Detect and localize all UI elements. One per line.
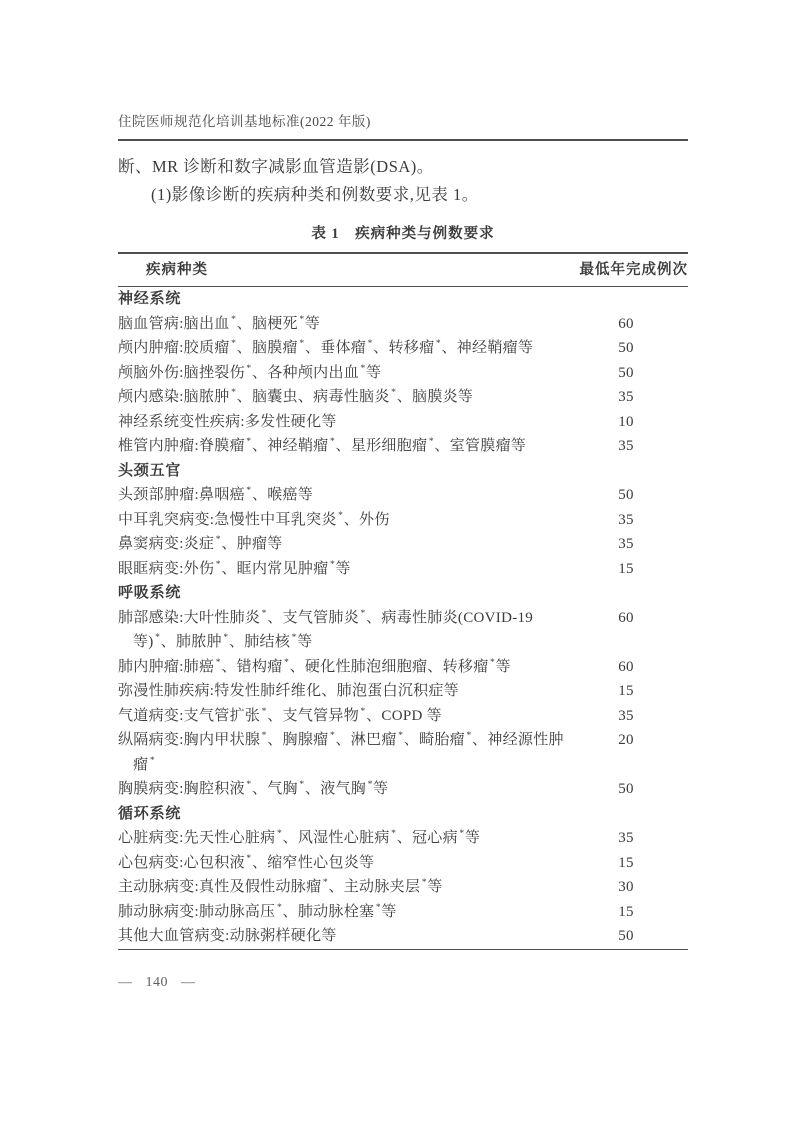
asterisk-marker: * [330, 560, 335, 570]
section-header-row: 呼吸系统 [118, 581, 688, 606]
asterisk-marker: * [246, 780, 251, 790]
min-annual-count: 50 [564, 336, 688, 361]
asterisk-marker: * [216, 658, 221, 668]
asterisk-marker: * [231, 388, 236, 398]
disease-row: 肺部感染:大叶性肺炎*、支气管肺炎*、病毒性肺炎(COVID-19 等)*、肺脓… [118, 606, 688, 655]
asterisk-marker: * [299, 780, 304, 790]
disease-row: 颅内肿瘤:胶质瘤*、脑膜瘤*、垂体瘤*、转移瘤*、神经鞘瘤等50 [118, 336, 688, 361]
disease-row: 肺内肿瘤:肺癌*、错构瘤*、硬化性肺泡细胞瘤、转移瘤*等60 [118, 655, 688, 680]
asterisk-marker: * [155, 633, 160, 643]
min-annual-count: 20 [564, 728, 688, 777]
asterisk-marker: * [391, 388, 396, 398]
footer-dash-right: — [181, 975, 196, 991]
disease-row: 神经系统变性疾病:多发性硬化等10 [118, 410, 688, 435]
asterisk-marker: * [246, 854, 251, 864]
min-annual-count: 60 [564, 606, 688, 655]
min-annual-count: 50 [564, 777, 688, 802]
asterisk-marker: * [231, 339, 236, 349]
disease-row: 气道病变:支气管扩张*、支气管异物*、COPD 等35 [118, 704, 688, 729]
disease-name: 颅脑外伤:脑挫裂伤*、各种颅内出血*等 [118, 361, 564, 386]
asterisk-marker: * [459, 829, 464, 839]
section-header-row: 循环系统 [118, 802, 688, 827]
running-head-text: 住院医师规范化培训基地标准(2022 年版) [118, 114, 371, 129]
min-annual-count: 15 [564, 557, 688, 582]
asterisk-marker: * [246, 486, 251, 496]
disease-name: 心包病变:心包积液*、缩窄性心包炎等 [118, 851, 564, 876]
disease-name: 肺内肿瘤:肺癌*、错构瘤*、硬化性肺泡细胞瘤、转移瘤*等 [118, 655, 564, 680]
disease-name: 鼻窦病变:炎症*、肿瘤等 [118, 532, 564, 557]
min-annual-count: 35 [564, 704, 688, 729]
asterisk-marker: * [284, 658, 289, 668]
column-header-disease: 疾病种类 [118, 253, 564, 287]
asterisk-marker: * [323, 878, 328, 888]
disease-name: 其他大血管病变:动脉粥样硬化等 [118, 924, 564, 949]
disease-name: 神经系统变性疾病:多发性硬化等 [118, 410, 564, 435]
page-footer: — 140 — [118, 975, 196, 991]
disease-name: 肺部感染:大叶性肺炎*、支气管肺炎*、病毒性肺炎(COVID-19 等)*、肺脓… [118, 606, 564, 655]
disease-row: 主动脉病变:真性及假性动脉瘤*、主动脉夹层*等30 [118, 875, 688, 900]
running-head: 住院医师规范化培训基地标准(2022 年版) [118, 112, 688, 141]
disease-name: 心脏病变:先天性心脏病*、风湿性心脏病*、冠心病*等 [118, 826, 564, 851]
disease-row: 脑血管病:脑出血*、脑梗死*等60 [118, 312, 688, 337]
disease-name: 颅内感染:脑脓肿*、脑囊虫、病毒性脑炎*、脑膜炎等 [118, 385, 564, 410]
disease-row: 头颈部肿瘤:鼻咽癌*、喉癌等50 [118, 483, 688, 508]
asterisk-marker: * [436, 339, 441, 349]
min-annual-count: 10 [564, 410, 688, 435]
min-annual-count: 50 [564, 361, 688, 386]
section-header-row: 头颈五官 [118, 459, 688, 484]
disease-row: 纵隔病变:胸内甲状腺*、胸腺瘤*、淋巴瘤*、畸胎瘤*、神经源性肿瘤*20 [118, 728, 688, 777]
min-annual-count: 30 [564, 875, 688, 900]
disease-row: 心包病变:心包积液*、缩窄性心包炎等15 [118, 851, 688, 876]
disease-name: 中耳乳突病变:急慢性中耳乳突炎*、外伤 [118, 508, 564, 533]
asterisk-marker: * [262, 707, 267, 717]
disease-row: 胸膜病变:胸腔积液*、气胸*、液气胸*等50 [118, 777, 688, 802]
disease-name: 纵隔病变:胸内甲状腺*、胸腺瘤*、淋巴瘤*、畸胎瘤*、神经源性肿瘤* [118, 728, 564, 777]
asterisk-marker: * [231, 315, 236, 325]
disease-row: 颅内感染:脑脓肿*、脑囊虫、病毒性脑炎*、脑膜炎等35 [118, 385, 688, 410]
min-annual-count: 50 [564, 924, 688, 949]
asterisk-marker: * [330, 437, 335, 447]
disease-name: 胸膜病变:胸腔积液*、气胸*、液气胸*等 [118, 777, 564, 802]
disease-row: 椎管内肿瘤:脊膜瘤*、神经鞘瘤*、星形细胞瘤*、室管膜瘤等35 [118, 434, 688, 459]
document-page: 住院医师规范化培训基地标准(2022 年版) 断、MR 诊断和数字减影血管造影(… [0, 0, 800, 1131]
min-annual-count: 60 [564, 655, 688, 680]
asterisk-marker: * [368, 780, 373, 790]
section-name: 神经系统 [118, 287, 688, 312]
asterisk-marker: * [361, 609, 366, 619]
column-header-count: 最低年完成例次 [564, 253, 688, 287]
disease-name: 弥漫性肺疾病:特发性肺纤维化、肺泡蛋白沉积症等 [118, 679, 564, 704]
disease-row: 颅脑外伤:脑挫裂伤*、各种颅内出血*等50 [118, 361, 688, 386]
asterisk-marker: * [246, 364, 251, 374]
min-annual-count: 60 [564, 312, 688, 337]
asterisk-marker: * [368, 339, 373, 349]
section-name: 循环系统 [118, 802, 688, 827]
body-paragraph-2: (1)影像诊断的疾病种类和例数要求,见表 1。 [118, 182, 688, 208]
min-annual-count: 35 [564, 434, 688, 459]
asterisk-marker: * [262, 731, 267, 741]
asterisk-marker: * [338, 511, 343, 521]
asterisk-marker: * [277, 903, 282, 913]
asterisk-marker: * [292, 633, 297, 643]
page-content: 住院医师规范化培训基地标准(2022 年版) 断、MR 诊断和数字减影血管造影(… [118, 0, 688, 950]
asterisk-marker: * [361, 364, 366, 374]
asterisk-marker: * [246, 437, 251, 447]
asterisk-marker: * [361, 707, 366, 717]
min-annual-count: 35 [564, 508, 688, 533]
disease-row: 肺动脉病变:肺动脉高压*、肺动脉栓塞*等15 [118, 900, 688, 925]
asterisk-marker: * [277, 829, 282, 839]
page-number: 140 [146, 975, 169, 991]
asterisk-marker: * [150, 756, 155, 766]
disease-row: 其他大血管病变:动脉粥样硬化等50 [118, 924, 688, 949]
min-annual-count: 35 [564, 826, 688, 851]
table-body: 神经系统脑血管病:脑出血*、脑梗死*等60颅内肿瘤:胶质瘤*、脑膜瘤*、垂体瘤*… [118, 287, 688, 950]
asterisk-marker: * [466, 731, 471, 741]
asterisk-marker: * [216, 560, 221, 570]
min-annual-count: 15 [564, 851, 688, 876]
min-annual-count: 35 [564, 532, 688, 557]
asterisk-marker: * [299, 315, 304, 325]
disease-name: 脑血管病:脑出血*、脑梗死*等 [118, 312, 564, 337]
table-header-row: 疾病种类 最低年完成例次 [118, 253, 688, 287]
disease-row: 心脏病变:先天性心脏病*、风湿性心脏病*、冠心病*等35 [118, 826, 688, 851]
asterisk-marker: * [376, 903, 381, 913]
asterisk-marker: * [422, 878, 427, 888]
disease-name: 颅内肿瘤:胶质瘤*、脑膜瘤*、垂体瘤*、转移瘤*、神经鞘瘤等 [118, 336, 564, 361]
min-annual-count: 35 [564, 385, 688, 410]
disease-row: 中耳乳突病变:急慢性中耳乳突炎*、外伤35 [118, 508, 688, 533]
asterisk-marker: * [223, 633, 228, 643]
disease-row: 鼻窦病变:炎症*、肿瘤等35 [118, 532, 688, 557]
section-name: 头颈五官 [118, 459, 688, 484]
min-annual-count: 15 [564, 900, 688, 925]
disease-name: 肺动脉病变:肺动脉高压*、肺动脉栓塞*等 [118, 900, 564, 925]
asterisk-marker: * [429, 437, 434, 447]
disease-name: 气道病变:支气管扩张*、支气管异物*、COPD 等 [118, 704, 564, 729]
section-header-row: 神经系统 [118, 287, 688, 312]
disease-name: 主动脉病变:真性及假性动脉瘤*、主动脉夹层*等 [118, 875, 564, 900]
disease-table: 疾病种类 最低年完成例次 神经系统脑血管病:脑出血*、脑梗死*等60颅内肿瘤:胶… [118, 252, 688, 950]
asterisk-marker: * [398, 731, 403, 741]
table-title: 表 1 疾病种类与例数要求 [118, 224, 688, 244]
footer-dash-left: — [118, 975, 133, 991]
asterisk-marker: * [391, 829, 396, 839]
disease-name: 眼眶病变:外伤*、眶内常见肿瘤*等 [118, 557, 564, 582]
body-paragraph-1: 断、MR 诊断和数字减影血管造影(DSA)。 [118, 154, 688, 180]
asterisk-marker: * [216, 535, 221, 545]
disease-row: 弥漫性肺疾病:特发性肺纤维化、肺泡蛋白沉积症等15 [118, 679, 688, 704]
disease-name: 头颈部肿瘤:鼻咽癌*、喉癌等 [118, 483, 564, 508]
disease-name: 椎管内肿瘤:脊膜瘤*、神经鞘瘤*、星形细胞瘤*、室管膜瘤等 [118, 434, 564, 459]
asterisk-marker: * [490, 658, 495, 668]
asterisk-marker: * [330, 731, 335, 741]
min-annual-count: 50 [564, 483, 688, 508]
min-annual-count: 15 [564, 679, 688, 704]
section-name: 呼吸系统 [118, 581, 688, 606]
disease-row: 眼眶病变:外伤*、眶内常见肿瘤*等15 [118, 557, 688, 582]
asterisk-marker: * [262, 609, 267, 619]
asterisk-marker: * [299, 339, 304, 349]
